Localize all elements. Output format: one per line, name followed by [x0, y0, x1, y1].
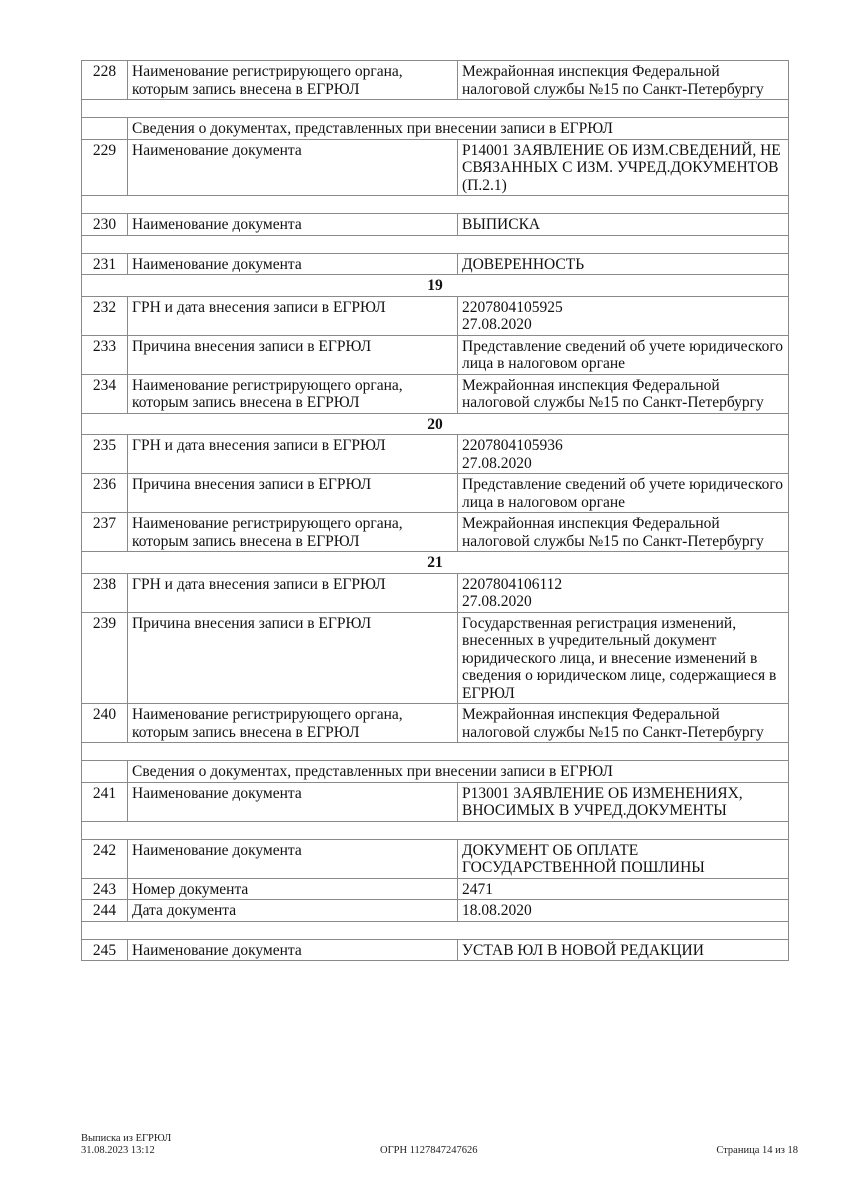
spacer-cell: [82, 821, 789, 839]
table-row: 236Причина внесения записи в ЕГРЮЛПредст…: [82, 474, 789, 513]
documents-subheader: Сведения о документах, представленных пр…: [82, 761, 789, 783]
row-value: Государственная регистрация изменений, в…: [458, 612, 789, 704]
record-section-header: 21: [82, 552, 789, 574]
row-value: 2207804105925 27.08.2020: [458, 296, 789, 335]
table-row: 231Наименование документаДОВЕРЕННОСТЬ: [82, 253, 789, 275]
section-number: 21: [82, 552, 789, 574]
table-row: 234Наименование регистрирующего органа, …: [82, 374, 789, 413]
egrul-records-table: 228Наименование регистрирующего органа, …: [81, 60, 789, 961]
row-number: 233: [82, 335, 128, 374]
table-row: 245Наименование документаУСТАВ ЮЛ В НОВО…: [82, 939, 789, 961]
spacer-cell: [82, 196, 789, 214]
subhead-text: Сведения о документах, представленных пр…: [128, 118, 789, 140]
row-number: 241: [82, 782, 128, 821]
subhead-blank: [82, 761, 128, 783]
table-row: 229Наименование документаР14001 ЗАЯВЛЕНИ…: [82, 139, 789, 196]
record-section-header: 19: [82, 275, 789, 297]
table-row: 243Номер документа2471: [82, 878, 789, 900]
section-number: 19: [82, 275, 789, 297]
table-row: 235ГРН и дата внесения записи в ЕГРЮЛ220…: [82, 435, 789, 474]
row-number: 243: [82, 878, 128, 900]
spacer-row: [82, 196, 789, 214]
row-value: Межрайонная инспекция Федеральной налого…: [458, 374, 789, 413]
record-section-header: 20: [82, 413, 789, 435]
row-value: Р14001 ЗАЯВЛЕНИЕ ОБ ИЗМ.СВЕДЕНИЙ, НЕ СВЯ…: [458, 139, 789, 196]
table-row: 228Наименование регистрирующего органа, …: [82, 61, 789, 100]
row-value: 2207804106112 27.08.2020: [458, 573, 789, 612]
row-number: 245: [82, 939, 128, 961]
row-label: Наименование регистрирующего органа, кот…: [128, 374, 458, 413]
documents-subheader: Сведения о документах, представленных пр…: [82, 118, 789, 140]
row-value: ДОВЕРЕННОСТЬ: [458, 253, 789, 275]
footer-datetime: 31.08.2023 13:12: [81, 1145, 171, 1157]
spacer-cell: [82, 100, 789, 118]
row-number: 244: [82, 900, 128, 922]
row-label: Дата документа: [128, 900, 458, 922]
footer-left: Выписка из ЕГРЮЛ 31.08.2023 13:12: [81, 1133, 171, 1157]
row-label: Наименование регистрирующего органа, кот…: [128, 61, 458, 100]
row-value: Межрайонная инспекция Федеральной налого…: [458, 704, 789, 743]
table-row: 238ГРН и дата внесения записи в ЕГРЮЛ220…: [82, 573, 789, 612]
row-label: ГРН и дата внесения записи в ЕГРЮЛ: [128, 296, 458, 335]
footer-page-number: Страница 14 из 18: [716, 1145, 798, 1157]
row-number: 232: [82, 296, 128, 335]
row-number: 238: [82, 573, 128, 612]
row-value: 2471: [458, 878, 789, 900]
row-value: Межрайонная инспекция Федеральной налого…: [458, 513, 789, 552]
row-number: 230: [82, 214, 128, 236]
table-row: 241Наименование документаР13001 ЗАЯВЛЕНИ…: [82, 782, 789, 821]
spacer-row: [82, 821, 789, 839]
row-label: Наименование документа: [128, 782, 458, 821]
table-row: 232ГРН и дата внесения записи в ЕГРЮЛ220…: [82, 296, 789, 335]
row-label: Наименование документа: [128, 839, 458, 878]
row-value: УСТАВ ЮЛ В НОВОЙ РЕДАКЦИИ: [458, 939, 789, 961]
row-number: 228: [82, 61, 128, 100]
spacer-cell: [82, 921, 789, 939]
section-number: 20: [82, 413, 789, 435]
spacer-cell: [82, 743, 789, 761]
subhead-blank: [82, 118, 128, 140]
footer-title: Выписка из ЕГРЮЛ: [81, 1133, 171, 1145]
row-value: ДОКУМЕНТ ОБ ОПЛАТЕ ГОСУДАРСТВЕННОЙ ПОШЛИ…: [458, 839, 789, 878]
table-row: 240Наименование регистрирующего органа, …: [82, 704, 789, 743]
row-number: 229: [82, 139, 128, 196]
row-value: 18.08.2020: [458, 900, 789, 922]
row-value: ВЫПИСКА: [458, 214, 789, 236]
footer-ogrn: ОГРН 1127847247626: [380, 1145, 478, 1157]
row-number: 237: [82, 513, 128, 552]
row-number: 235: [82, 435, 128, 474]
subhead-text: Сведения о документах, представленных пр…: [128, 761, 789, 783]
row-label: Причина внесения записи в ЕГРЮЛ: [128, 612, 458, 704]
row-label: Наименование регистрирующего органа, кот…: [128, 513, 458, 552]
row-label: ГРН и дата внесения записи в ЕГРЮЛ: [128, 435, 458, 474]
row-label: Причина внесения записи в ЕГРЮЛ: [128, 335, 458, 374]
row-label: Причина внесения записи в ЕГРЮЛ: [128, 474, 458, 513]
row-label: Наименование документа: [128, 214, 458, 236]
row-value: Представление сведений об учете юридичес…: [458, 474, 789, 513]
row-number: 242: [82, 839, 128, 878]
spacer-cell: [82, 235, 789, 253]
row-label: Наименование документа: [128, 139, 458, 196]
spacer-row: [82, 100, 789, 118]
row-number: 240: [82, 704, 128, 743]
table-row: 230Наименование документаВЫПИСКА: [82, 214, 789, 236]
spacer-row: [82, 235, 789, 253]
row-value: 2207804105936 27.08.2020: [458, 435, 789, 474]
table-row: 239Причина внесения записи в ЕГРЮЛГосуда…: [82, 612, 789, 704]
spacer-row: [82, 921, 789, 939]
row-label: ГРН и дата внесения записи в ЕГРЮЛ: [128, 573, 458, 612]
row-label: Наименование документа: [128, 253, 458, 275]
spacer-row: [82, 743, 789, 761]
row-label: Наименование регистрирующего органа, кот…: [128, 704, 458, 743]
row-number: 239: [82, 612, 128, 704]
row-label: Номер документа: [128, 878, 458, 900]
table-row: 244Дата документа18.08.2020: [82, 900, 789, 922]
row-value: Р13001 ЗАЯВЛЕНИЕ ОБ ИЗМЕНЕНИЯХ, ВНОСИМЫХ…: [458, 782, 789, 821]
table-row: 233Причина внесения записи в ЕГРЮЛПредст…: [82, 335, 789, 374]
row-number: 231: [82, 253, 128, 275]
row-label: Наименование документа: [128, 939, 458, 961]
row-value: Представление сведений об учете юридичес…: [458, 335, 789, 374]
table-row: 242Наименование документаДОКУМЕНТ ОБ ОПЛ…: [82, 839, 789, 878]
row-value: Межрайонная инспекция Федеральной налого…: [458, 61, 789, 100]
row-number: 234: [82, 374, 128, 413]
row-number: 236: [82, 474, 128, 513]
table-row: 237Наименование регистрирующего органа, …: [82, 513, 789, 552]
